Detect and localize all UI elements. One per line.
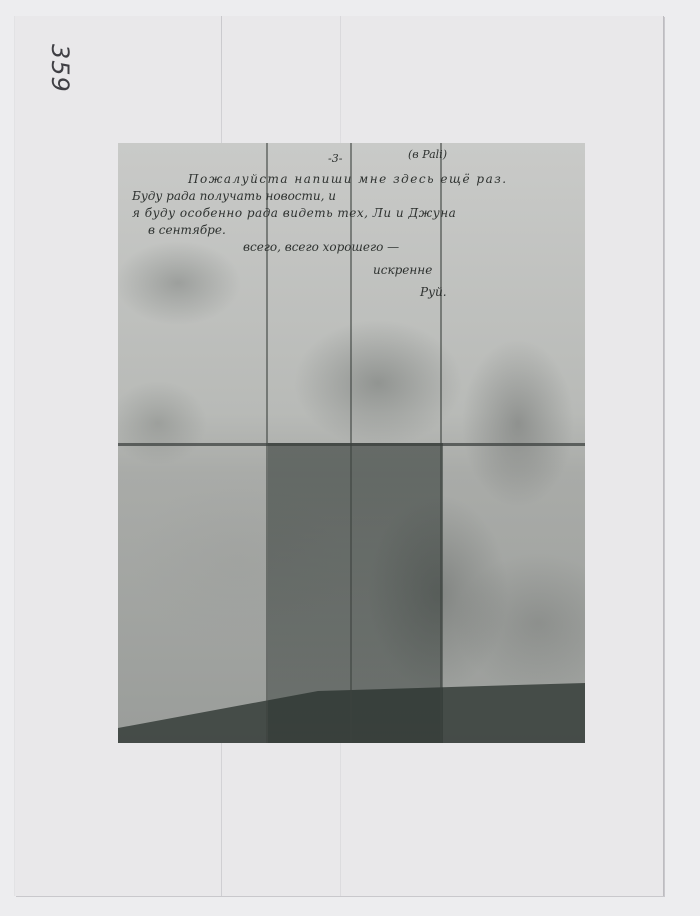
letter-line: Пожалуйста напиши мне здесь ещё раз.: [188, 173, 508, 185]
letter-line: я буду особенно рада видеть тех, Ли и Дж…: [132, 207, 456, 219]
archive-number: 359: [4, 44, 74, 74]
letter-signature: Руй.: [420, 286, 447, 298]
letter-location-note: (в Pali): [408, 149, 447, 160]
letter-line: искренне: [373, 264, 432, 276]
letter-line: в сентябре.: [148, 224, 226, 236]
scan-background: 359 -3- (в Pali) Пожалуйста напиши мне з…: [0, 0, 700, 916]
letter-fold-vertical: [266, 143, 268, 743]
letter-fold-vertical: [440, 143, 442, 743]
letter-line: Буду рада получать новости, и: [132, 190, 336, 202]
letter-photograph: -3- (в Pali) Пожалуйста напиши мне здесь…: [118, 143, 585, 743]
letter-page-marker: -3-: [328, 153, 342, 164]
letter-line: всего, всего хорошего —: [243, 241, 399, 253]
letter-fold-vertical: [350, 143, 352, 743]
